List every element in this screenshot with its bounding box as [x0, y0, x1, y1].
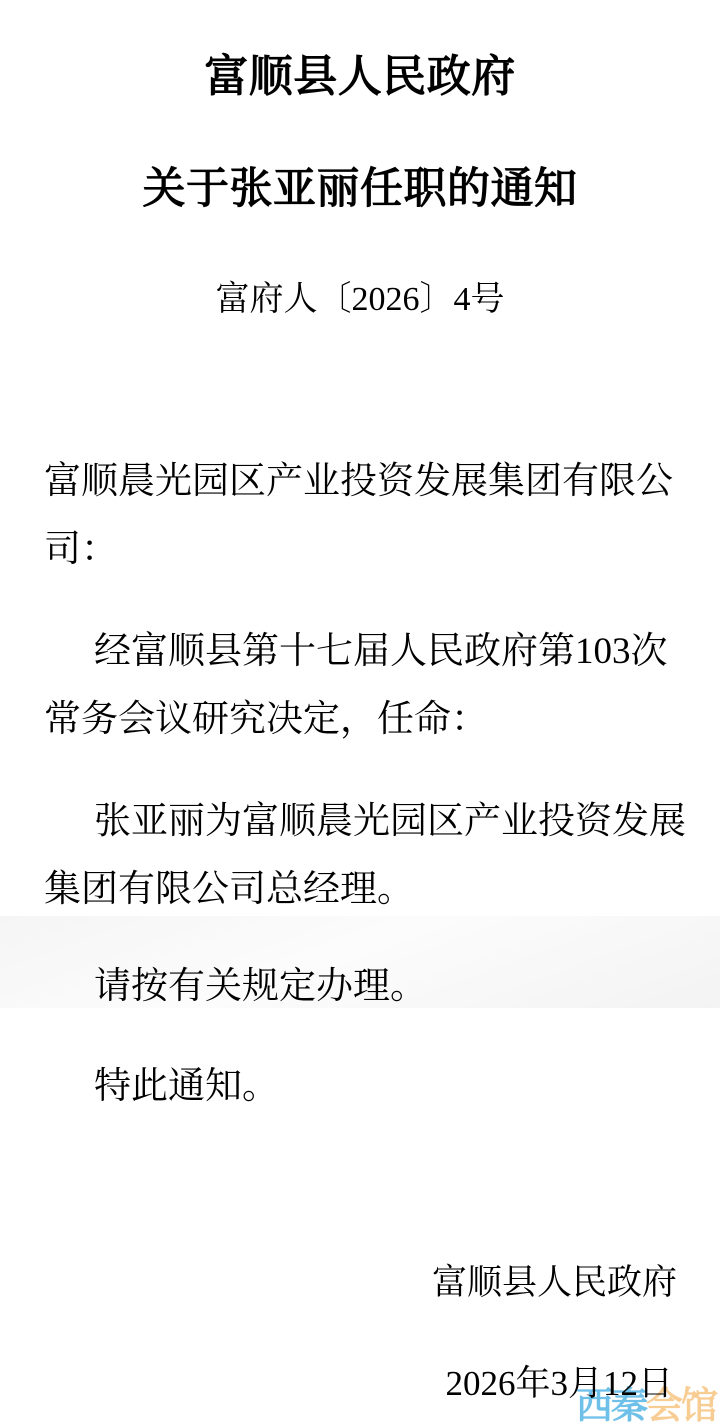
- paragraph-line: 司：: [0, 516, 720, 584]
- paragraph-line: 张亚丽为富顺晨光园区产业投资发展: [0, 788, 720, 856]
- paragraph-line: 经富顺县第十七届人民政府第103次: [0, 618, 720, 686]
- document-issuer-title: 富顺县人民政府: [0, 52, 720, 102]
- paragraph-line: 集团有限公司总经理。: [0, 856, 720, 924]
- paragraph-line: 常务会议研究决定，任命：: [0, 686, 720, 754]
- closing-paragraph: 特此通知。: [0, 1053, 720, 1121]
- document-page: 西秦会馆 富顺县人民政府 关于张亚丽任职的通知 富府人〔2026〕4号 富顺晨光…: [0, 0, 720, 1425]
- instruction-paragraph: 请按有关规定办理。: [0, 953, 720, 1021]
- paragraph-line: 请按有关规定办理。: [0, 953, 720, 1021]
- signature-date: 2026年3月12日: [0, 1363, 720, 1405]
- paragraph-line: 富顺晨光园区产业投资发展集团有限公: [0, 448, 720, 516]
- paragraph-line: 特此通知。: [0, 1053, 720, 1121]
- addressee-paragraph: 富顺晨光园区产业投资发展集团有限公 司：: [0, 448, 720, 584]
- appointment-paragraph: 张亚丽为富顺晨光园区产业投资发展 集团有限公司总经理。: [0, 788, 720, 924]
- decision-paragraph: 经富顺县第十七届人民政府第103次 常务会议研究决定，任命：: [0, 618, 720, 754]
- document-number: 富府人〔2026〕4号: [0, 280, 720, 320]
- signature-issuer: 富顺县人民政府: [0, 1262, 720, 1304]
- notice-subject-title: 关于张亚丽任职的通知: [0, 165, 720, 215]
